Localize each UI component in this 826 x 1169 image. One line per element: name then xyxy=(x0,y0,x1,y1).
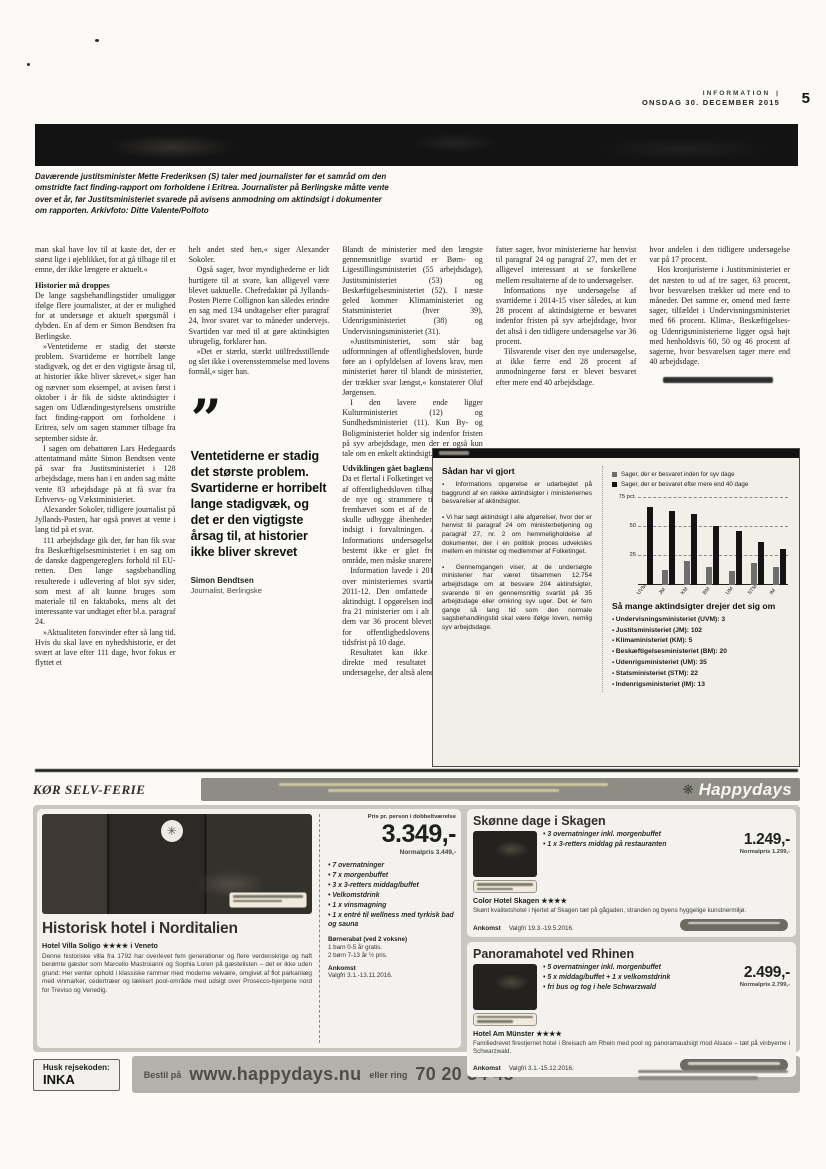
arrival-label: Ankomst xyxy=(473,1065,501,1072)
bar xyxy=(736,531,742,585)
chart-legend: Sager, der er besvaret inden for syv dag… xyxy=(612,471,790,489)
paragraph: De lange sagsbehandlingstider umuliggør … xyxy=(35,291,176,342)
author-email-smudge xyxy=(663,377,773,383)
paragraph: 111 arbejdsdage gik der, før han fik sva… xyxy=(35,536,176,628)
y-axis-tick: 75 pct. xyxy=(612,494,636,500)
count-item: Beskæftigelsesministeriet (BM): 20 xyxy=(612,648,790,656)
hotel-name: Color Hotel Skagen ★★★★ xyxy=(473,896,790,905)
paragraph: man skal have lov til at kaste det, der … xyxy=(35,245,176,276)
bar xyxy=(662,570,668,585)
bar xyxy=(669,511,675,585)
quote-mark-icon: ” xyxy=(191,404,330,434)
include-item: 1 x entré til wellness med tyrkisk bad o… xyxy=(328,912,456,929)
main-offer-content: ✳ Historisk hotel i Norditalien Hotel Vi… xyxy=(42,814,312,1043)
include-item: 3 x 3-retters middag/buffet xyxy=(328,882,456,891)
quote-author-role: Journalist, Berlingske xyxy=(191,586,330,595)
fakta-method: Sådan har vi gjort Informations opgørels… xyxy=(442,466,592,692)
fakta-header-bar xyxy=(433,449,799,458)
normal-price: Normalpris 1.299,- xyxy=(706,849,790,855)
ad-banner: KØR SELV-FERIE ❋ Happydays xyxy=(33,777,800,802)
offer-card-skagen: Skønne dage i Skagen 3 overnatninger ink… xyxy=(467,809,796,937)
banner-note-smudge xyxy=(279,783,608,795)
arrival-label: Ankomst xyxy=(328,965,456,972)
ad-body: ✳ Historisk hotel i Norditalien Hotel Vi… xyxy=(33,805,800,1052)
offer-price-column: 1.249,- Normalpris 1.299,- xyxy=(706,831,790,893)
price: 1.249,- xyxy=(706,831,790,849)
offer-title: Skønne dage i Skagen xyxy=(473,814,790,828)
paragraph: Alexander Sokoler, tidligere journalist … xyxy=(35,505,176,536)
x-axis-label: STM xyxy=(747,583,759,595)
kor-selv-ferie-label: KØR SELV-FERIE xyxy=(33,782,201,798)
masthead: INFORMATION| ONSDAG 30. DECEMBER 2015 xyxy=(642,90,780,107)
cta-pill-smudge xyxy=(680,919,788,931)
bar-group: BM xyxy=(706,497,719,585)
fakta-bullet: Vi har søgt aktindsigt i alle afgørelser… xyxy=(442,514,592,557)
advertisement: KØR SELV-FERIE ❋ Happydays ✳ xyxy=(33,777,800,1095)
offer-includes: 3 overnatninger inkl. morgenbuffet1 x 3-… xyxy=(543,831,700,893)
count-item: Justitsministeriet (JM): 102 xyxy=(612,627,790,635)
ad-banner-strip: ❋ Happydays xyxy=(201,778,800,801)
page-number: 5 xyxy=(802,90,810,107)
paragraph: Historier må droppes xyxy=(35,281,176,291)
promo-code: INKA xyxy=(43,1072,110,1087)
column-2-text: helt andet sted hen,« siger Alexander So… xyxy=(189,245,330,378)
paragraph: Også sager, hvor myndighederne er lidt h… xyxy=(189,265,330,347)
hotel-name: Hotel Am Münster ★★★★ xyxy=(473,1029,790,1038)
order-prefix: Bestil på xyxy=(144,1070,182,1080)
paragraph: Hos kronjuristerne i Justitsministeriet … xyxy=(649,265,790,367)
include-item: 1 x vinsmagning xyxy=(328,902,456,911)
text-column-1: man skal have lov til at kaste det, der … xyxy=(35,245,176,767)
includes-list: 7 overnatninger7 x morgenbuffet3 x 3-ret… xyxy=(328,862,456,930)
offer-description: Familiedrevet firestjernet hotel i Breis… xyxy=(473,1040,790,1056)
secondary-offers: Skønne dage i Skagen 3 overnatninger ink… xyxy=(467,809,796,1048)
hotel-photo-collage: ✳ xyxy=(42,814,312,914)
fakta-method-title: Sådan har vi gjort xyxy=(442,466,592,476)
masthead-separator: | xyxy=(776,90,780,97)
offer-price-badge xyxy=(473,1013,537,1026)
hotel-name: Hotel Villa Soligo ★★★★ i Veneto xyxy=(42,941,312,950)
bar xyxy=(751,563,757,584)
child-discount-title: Børnerabat (ved 2 voksne) xyxy=(328,936,456,943)
arrival-date: Valgfri 3.1.-15.12.2016. xyxy=(509,1065,574,1072)
pull-quote: ” Ventetiderne er stadig det største pro… xyxy=(189,404,330,595)
scan-speck xyxy=(27,63,30,66)
bar-group: KM xyxy=(684,497,697,585)
count-item: Udenrigsministeriet (UM): 35 xyxy=(612,659,790,667)
bar xyxy=(691,514,697,584)
x-axis-label: UVM xyxy=(636,583,648,596)
bar xyxy=(647,507,653,584)
offer-row: 5 overnatninger inkl. morgenbuffet5 x mi… xyxy=(473,964,790,1026)
arrival-label: Ankomst xyxy=(473,925,501,932)
offer-description: Skønt kvalitetshotel i hjertet af Skagen… xyxy=(473,907,790,915)
legend-label: Sager, der er besvaret efter mere end 40… xyxy=(621,481,748,489)
include-item: 7 overnatninger xyxy=(328,862,456,871)
order-middle: eller ring xyxy=(369,1070,407,1080)
fakta-box: Sådan har vi gjort Informations opgørels… xyxy=(432,448,800,767)
y-axis-tick: 25 xyxy=(612,552,636,558)
offer-includes: 5 overnatninger inkl. morgenbuffet5 x mi… xyxy=(543,964,700,1026)
palm-tree-icon: ❋ xyxy=(683,782,694,798)
legend-label: Sager, der er besvaret inden for syv dag… xyxy=(621,471,735,479)
fakta-bullet: Informations opgørelse er udarbejdet på … xyxy=(442,481,592,507)
fakta-label-smudge xyxy=(439,451,469,455)
offer-row: 3 overnatninger inkl. morgenbuffet1 x 3-… xyxy=(473,831,790,893)
bar xyxy=(780,549,786,585)
paragraph: »Det er stærkt, stærkt utilfredsstillend… xyxy=(189,347,330,378)
arrival-date: Valgfri 3.1.-13.11.2016. xyxy=(328,972,456,979)
paragraph: Informations nye undersøgelse af svartid… xyxy=(496,286,637,347)
include-item: 1 x 3-retters middag på restauranten xyxy=(543,841,700,850)
paper-name-text: INFORMATION xyxy=(703,90,770,97)
offer-thumb-wrap xyxy=(473,964,537,1026)
text-column-2: helt andet sted hen,« siger Alexander So… xyxy=(189,245,330,767)
bar-group: UVM xyxy=(640,497,653,585)
include-item: 5 overnatninger inkl. morgenbuffet xyxy=(543,964,700,973)
normal-price: Normalpris 2.799,- xyxy=(706,982,790,988)
paragraph: »Justitsministeriet, som står bag udform… xyxy=(342,337,483,398)
bar-group: UM xyxy=(729,497,742,585)
offer-price-badge xyxy=(473,880,537,893)
paragraph: hvor andelen i den tidligere undersøgels… xyxy=(649,245,790,265)
issue-date: ONSDAG 30. DECEMBER 2015 xyxy=(642,98,780,107)
legend-item: Sager, der er besvaret inden for syv dag… xyxy=(612,471,790,479)
offer-title: Panoramahotel ved Rhinen xyxy=(473,947,790,961)
article-photo xyxy=(35,124,798,166)
offer-card-main: ✳ Historisk hotel i Norditalien Hotel Vi… xyxy=(37,809,461,1048)
legend-swatch-within-7-days xyxy=(612,472,617,477)
price: 3.349,- xyxy=(328,820,456,849)
paragraph: fatter sager, hvor ministerierne har hen… xyxy=(496,245,637,286)
fakta-chart-section: Sådan klarer de enkelte ministerier sig … xyxy=(602,466,790,692)
x-axis-label: JM xyxy=(658,586,667,595)
photo-price-badge xyxy=(229,892,307,908)
include-item: 5 x middag/buffet + 1 x velkomstdrink xyxy=(543,974,700,983)
brand-logo: ❋ Happydays xyxy=(683,778,792,801)
paragraph: »Ventetiderne er stadig det største prob… xyxy=(35,342,176,444)
include-item: fri bus og tog i hele Schwarzwald xyxy=(543,984,700,993)
x-axis-label: KM xyxy=(680,586,690,596)
photo-caption: Daværende justitsminister Mette Frederik… xyxy=(35,171,390,216)
quote-author: Simon Bendtsen xyxy=(191,576,330,585)
include-item: Velkomstdrink xyxy=(328,892,456,901)
bar xyxy=(684,561,690,585)
ministry-bar-chart: 75 pct. 50 25 UVMJMKMBMUMSTMIM xyxy=(638,497,788,585)
bar xyxy=(729,571,735,584)
paragraph: Blandt de ministerier med den længste ge… xyxy=(342,245,483,337)
paragraph: I sagen om debattøren Lars Hedegaards at… xyxy=(35,444,176,505)
offer-price-column: 2.499,- Normalpris 2.799,- xyxy=(706,964,790,1026)
hotel-emblem-icon: ✳ xyxy=(161,820,183,842)
bar xyxy=(758,542,764,584)
normal-price: Normalpris 3.449,- xyxy=(328,849,456,856)
count-item: Statsministeriet (STM): 22 xyxy=(612,670,790,678)
bar xyxy=(706,567,712,585)
child-discount-item: 1 barn 0-5 år gratis. xyxy=(328,944,456,951)
x-axis-label: UM xyxy=(724,586,734,596)
child-discount-list: 1 barn 0-5 år gratis.2 børn 7-13 år ½ pr… xyxy=(328,944,456,959)
promo-code-label: Husk rejsekoden: xyxy=(43,1063,110,1072)
offer-photo xyxy=(473,964,537,1010)
price: 2.499,- xyxy=(706,964,790,982)
bar-group: IM xyxy=(773,497,786,585)
legend-swatch-over-40-days xyxy=(612,482,617,487)
section-rule xyxy=(35,769,798,772)
fakta-method-list: Informations opgørelse er udarbejdet på … xyxy=(442,481,592,633)
child-discount-item: 2 børn 7-13 år ½ pris. xyxy=(328,952,456,959)
column-5-text: hvor andelen i den tidligere undersøgels… xyxy=(649,245,790,367)
count-item: Klimaministeriet (KM): 5 xyxy=(612,637,790,645)
y-axis-tick: 50 xyxy=(612,523,636,529)
counts-list: Undervisningsministeriet (UVM): 3Justits… xyxy=(612,616,790,690)
paragraph: »Aktualiteten forsvinder efter så lang t… xyxy=(35,628,176,669)
website-url: www.happydays.nu xyxy=(189,1064,361,1085)
paragraph: Tilsvarende viser den nye undersøgelse, … xyxy=(496,347,637,388)
bar xyxy=(713,526,719,585)
promo-code-box: Husk rejsekoden: INKA xyxy=(33,1059,120,1091)
bar-group: STM xyxy=(751,497,764,585)
main-price-column: Pris pr. person i dobbeltværelse 3.349,-… xyxy=(319,814,456,1043)
newspaper-page: INFORMATION| ONSDAG 30. DECEMBER 2015 5 … xyxy=(0,0,826,1169)
count-item: Undervisningsministeriet (UVM): 3 xyxy=(612,616,790,624)
include-item: 3 overnatninger inkl. morgenbuffet xyxy=(543,831,700,840)
happydays-logo: Happydays xyxy=(699,780,792,800)
bar-series: UVMJMKMBMUMSTMIM xyxy=(640,497,786,585)
x-axis-label: IM xyxy=(769,587,777,595)
offer-card-rhinen: Panoramahotel ved Rhinen 5 overnatninger… xyxy=(467,942,796,1078)
fakta-bullet: Gennemgangen viser, at de undersøgte min… xyxy=(442,564,592,633)
count-item: Indenrigsministeriet (IM): 13 xyxy=(612,681,790,689)
bar-group: JM xyxy=(662,497,675,585)
paper-name: INFORMATION| xyxy=(642,90,780,97)
paragraph: helt andet sted hen,« siger Alexander So… xyxy=(189,245,330,265)
counts-title: Så mange aktindsigter drejer det sig om xyxy=(612,601,790,611)
offer-thumb-wrap xyxy=(473,831,537,893)
fakta-columns: Sådan har vi gjort Informations opgørels… xyxy=(433,458,799,700)
x-axis-label: BM xyxy=(702,586,712,596)
arrival-date: Valgfri 19.3.-19.5.2016. xyxy=(509,925,574,932)
legend-item: Sager, der er besvaret efter mere end 40… xyxy=(612,481,790,489)
quote-text: Ventetiderne er stadig det største probl… xyxy=(191,448,330,560)
include-item: 7 x morgenbuffet xyxy=(328,872,456,881)
ad-body-text: Denne historiske villa fra 1792 har over… xyxy=(42,953,312,995)
ad-headline: Historisk hotel i Norditalien xyxy=(42,920,312,938)
scan-speck xyxy=(95,39,99,42)
offer-photo xyxy=(473,831,537,877)
bar xyxy=(773,567,779,585)
